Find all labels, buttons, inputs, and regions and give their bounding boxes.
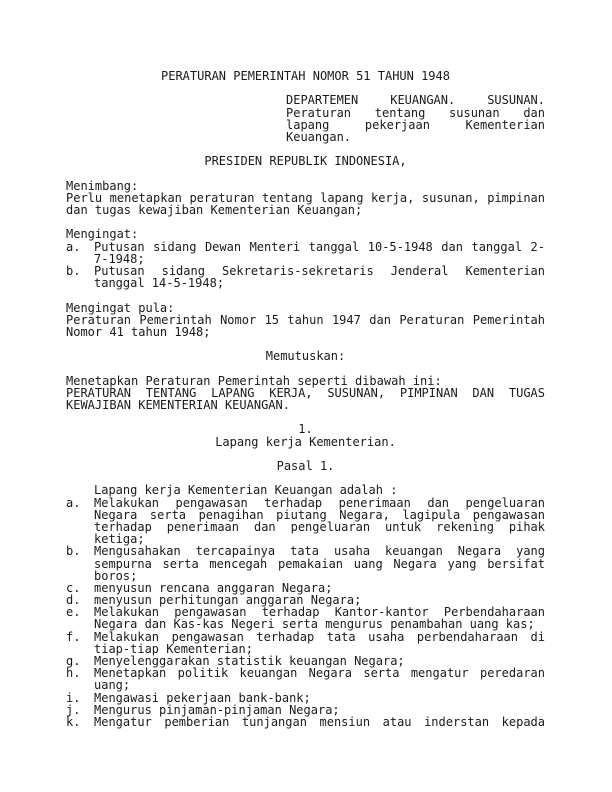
pasal-1-item-cont: uang; bbox=[66, 679, 545, 691]
mengingat-item: b.Putusan sidang Sekretaris-sekretaris J… bbox=[66, 265, 545, 277]
bab-title-heading: Lapang kerja Kementerian. bbox=[66, 436, 545, 448]
subject-block-line: DEPARTEMEN KEUANGAN. SUSUNAN. bbox=[66, 94, 545, 106]
list-item-label: a. bbox=[66, 497, 80, 509]
list-item-label: k. bbox=[66, 716, 80, 728]
blank-line bbox=[66, 289, 545, 301]
list-item-label: h. bbox=[66, 667, 80, 679]
memutuskan-heading: Memutuskan: bbox=[66, 350, 545, 362]
mengingat-pula-text: Nomor 41 tahun 1948; bbox=[66, 326, 545, 338]
document-title: PERATURAN PEMERINTAH NOMOR 51 TAHUN 1948 bbox=[66, 70, 545, 82]
menimbang-text: dan tugas kewajiban Kementerian Keuangan… bbox=[66, 204, 545, 216]
list-item-label: b. bbox=[66, 265, 80, 277]
pasal-1-item: f.Melakukan pengawasan terhadap tata usa… bbox=[66, 631, 545, 643]
document-content: PERATURAN PEMERINTAH NOMOR 51 TAHUN 1948… bbox=[66, 70, 545, 728]
list-item-label: b. bbox=[66, 545, 80, 557]
list-item-label: e. bbox=[66, 606, 80, 618]
pasal-1-item: i.Mengawasi pekerjaan bank-bank; bbox=[66, 692, 545, 704]
pasal-1-item: h.Menetapkan politik keuangan Negara ser… bbox=[66, 667, 545, 679]
blank-line bbox=[66, 168, 545, 180]
list-item-text: Melakukan pengawasan terhadap penerimaan… bbox=[94, 497, 545, 509]
list-item-text: Menetapkan politik keuangan Negara serta… bbox=[94, 667, 545, 679]
list-item-text: Melakukan pengawasan terhadap Kantor-kan… bbox=[94, 606, 545, 618]
list-item-text: Putusan sidang Dewan Menteri tanggal 10-… bbox=[94, 241, 545, 253]
mengingat-pula-heading: Mengingat pula: bbox=[66, 302, 545, 314]
list-item-label: i. bbox=[66, 692, 80, 704]
issuer-heading: PRESIDEN REPUBLIK INDONESIA, bbox=[66, 155, 545, 167]
pasal-1-intro: Lapang kerja Kementerian Keuangan adalah… bbox=[66, 484, 545, 496]
subject-block-line: Keuangan. bbox=[66, 131, 545, 143]
subject-block-line: Peraturan tentang susunan dan bbox=[66, 107, 545, 119]
mengingat-item-cont: tanggal 14-5-1948; bbox=[66, 277, 545, 289]
pasal-1-item: b.Mengusahakan tercapainya tata usaha ke… bbox=[66, 545, 545, 557]
pasal-1-heading: Pasal 1. bbox=[66, 460, 545, 472]
blank-line bbox=[66, 363, 545, 375]
mengingat-heading: Mengingat: bbox=[66, 228, 545, 240]
list-item-text: Mengatur pemberian tunjangan mensiun ata… bbox=[94, 716, 545, 728]
list-item-label: f. bbox=[66, 631, 80, 643]
mengingat-item: a.Putusan sidang Dewan Menteri tanggal 1… bbox=[66, 241, 545, 253]
menetapkan-text: KEWAJIBAN KEMENTERIAN KEUANGAN. bbox=[66, 399, 545, 411]
list-item-text: Melakukan pengawasan terhadap tata usaha… bbox=[94, 631, 545, 643]
list-item-label: a. bbox=[66, 241, 80, 253]
pasal-1-item: a.Melakukan pengawasan terhadap penerima… bbox=[66, 497, 545, 509]
pasal-1-item-cont: Negara dan Kas-kas Negeri serta mengurus… bbox=[66, 618, 545, 630]
document-page: PERATURAN PEMERINTAH NOMOR 51 TAHUN 1948… bbox=[0, 0, 612, 792]
list-item-text: Mengusahakan tercapainya tata usaha keua… bbox=[94, 545, 545, 557]
bab-number-heading: 1. bbox=[66, 423, 545, 435]
pasal-1-item: k.Mengatur pemberian tunjangan mensiun a… bbox=[66, 716, 545, 728]
pasal-1-item: e.Melakukan pengawasan terhadap Kantor-k… bbox=[66, 606, 545, 618]
list-item-text: Putusan sidang Sekretaris-sekretaris Jen… bbox=[94, 265, 545, 277]
pasal-1-item-cont: sempurna serta mencegah pemakaian uang N… bbox=[66, 558, 545, 570]
list-item-text: Mengawasi pekerjaan bank-bank; bbox=[94, 692, 545, 704]
